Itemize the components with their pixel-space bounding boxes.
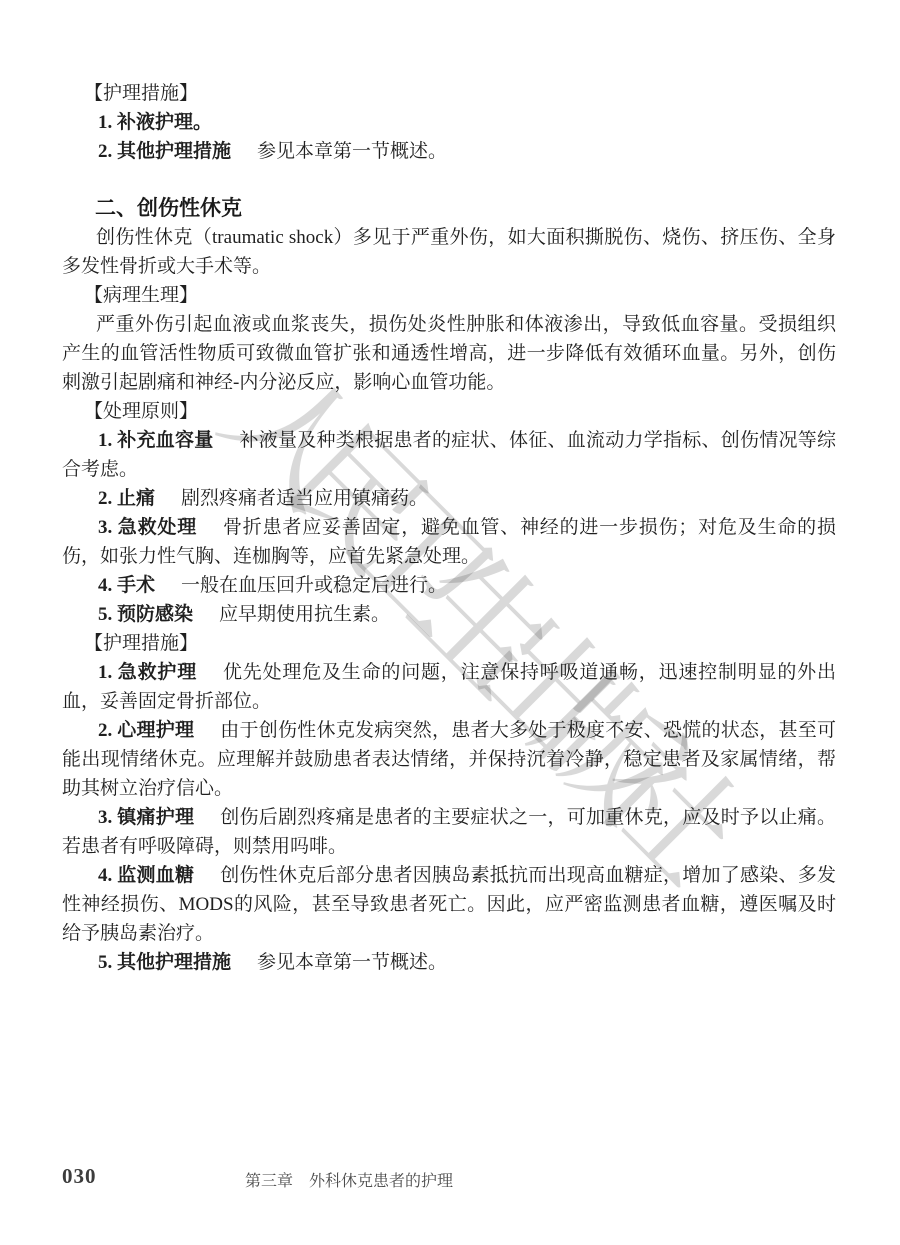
item-body-text: 参见本章第一节概述。 [257,141,447,162]
item-term-label: 4. 监测血糖 [98,865,194,886]
pathophysiology-header: 【病理生理】 [62,281,836,310]
numbered-item: 2. 心理护理由于创伤性休克发病突然，患者大多处于极度不安、恐慌的状态，甚至可能… [62,716,836,803]
page-number: 030 [62,1164,97,1189]
item-term-label: 1. 补充血容量 [98,430,214,451]
item-body-text: 一般在血压回升或稳定后进行。 [181,575,447,596]
item-term-label: 3. 急救处理 [98,517,197,538]
item-term-label: 1. 急救护理 [98,662,197,683]
item-body-text: 参见本章第一节概述。 [257,952,447,973]
section-heading-traumatic-shock: 二、创伤性休克 [62,194,836,223]
numbered-item: 1. 补充血容量补液量及种类根据患者的症状、体征、血流动力学指标、创伤情况等综合… [62,426,836,484]
numbered-item: 2. 止痛剧烈疼痛者适当应用镇痛药。 [62,484,836,513]
page-footer: 030 第三章 外科休克患者的护理 [0,1162,900,1192]
item-term-label: 2. 心理护理 [98,720,194,741]
item-term-label: 5. 其他护理措施 [98,952,231,973]
numbered-item: 5. 其他护理措施参见本章第一节概述。 [62,948,836,977]
book-page: 人民卫生出版社 【护理措施】 1. 补液护理。 2. 其他护理措施参见本章第一节… [0,0,900,1245]
item-term-label: 3. 镇痛护理 [98,807,194,828]
item-term-label: 1. 补液护理。 [98,112,212,133]
page-content: 【护理措施】 1. 补液护理。 2. 其他护理措施参见本章第一节概述。 二、创伤… [62,79,836,977]
nursing-measures-header-prev: 【护理措施】 [62,79,836,108]
numbered-item: 5. 预防感染应早期使用抗生素。 [62,600,836,629]
pathophysiology-paragraph: 严重外伤引起血液或血浆丧失，损伤处炎性肿胀和体液渗出，导致低血容量。受损组织产生… [62,310,836,397]
numbered-item: 4. 手术一般在血压回升或稳定后进行。 [62,571,836,600]
numbered-item: 1. 补液护理。 [62,108,836,137]
numbered-item: 3. 急救处理骨折患者应妥善固定，避免血管、神经的进一步损伤；对危及生命的损伤，… [62,513,836,571]
nursing-measures-header: 【护理措施】 [62,629,836,658]
item-body-text: 剧烈疼痛者适当应用镇痛药。 [181,488,428,509]
item-term-label: 2. 止痛 [98,488,155,509]
intro-paragraph: 创伤性休克（traumatic shock）多见于严重外伤，如大面积撕脱伤、烧伤… [62,223,836,281]
numbered-item: 4. 监测血糖创伤性休克后部分患者因胰岛素抵抗而出现高血糖症，增加了感染、多发性… [62,861,836,948]
numbered-item: 3. 镇痛护理创伤后剧烈疼痛是患者的主要症状之一，可加重休克，应及时予以止痛。若… [62,803,836,861]
item-term-label: 5. 预防感染 [98,604,193,625]
numbered-item: 2. 其他护理措施参见本章第一节概述。 [62,137,836,166]
item-body-text: 应早期使用抗生素。 [219,604,390,625]
chapter-footer-title: 第三章 外科休克患者的护理 [245,1168,453,1191]
treatment-principles-header: 【处理原则】 [62,397,836,426]
item-term-label: 2. 其他护理措施 [98,141,231,162]
numbered-item: 1. 急救护理优先处理危及生命的问题，注意保持呼吸道通畅，迅速控制明显的外出血，… [62,658,836,716]
item-term-label: 4. 手术 [98,575,155,596]
